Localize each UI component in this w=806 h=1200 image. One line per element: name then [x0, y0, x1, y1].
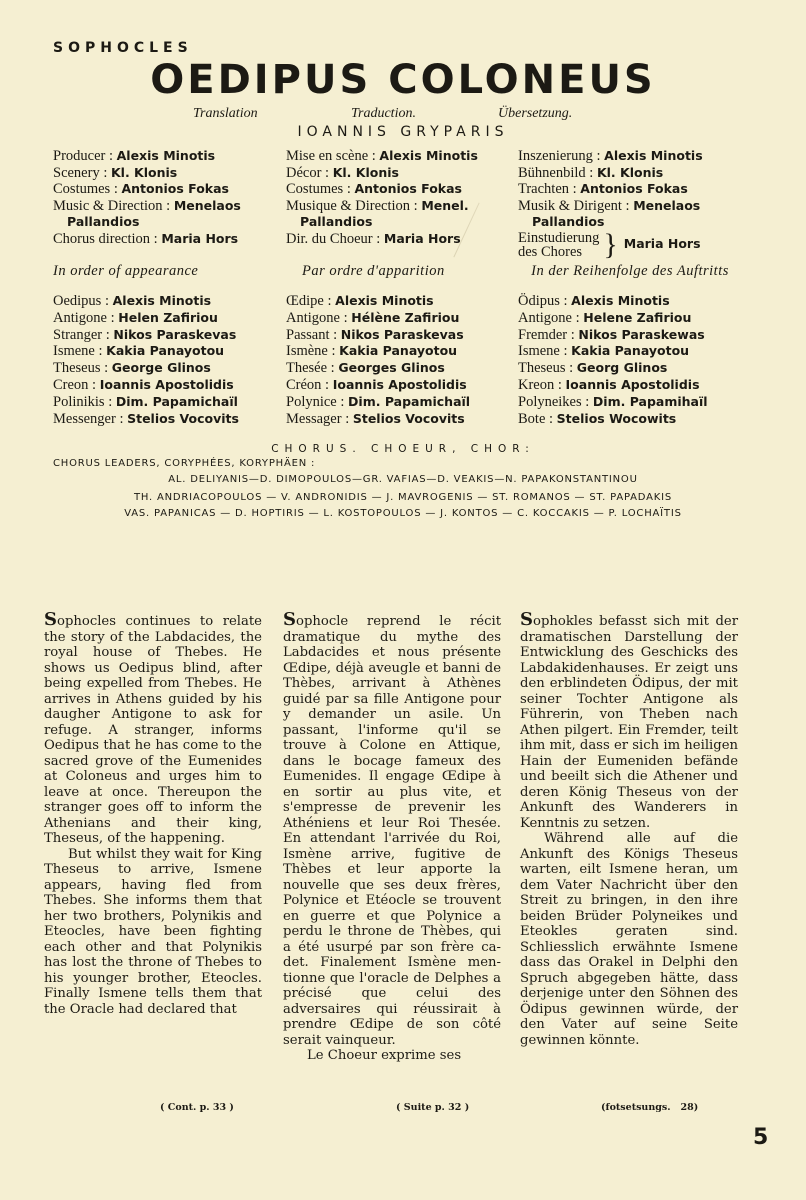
- cast-english: Oedipus : Alexis Minotis Antigone : Hele…: [53, 293, 239, 427]
- cast-row: Messager : Stelios Vocovits: [286, 411, 470, 428]
- continued-note-fr: ( Suite p. 32 ): [396, 1102, 469, 1113]
- order-heading-fr: Par ordre d'apparition: [286, 264, 502, 279]
- cast-row: Passant : Nikos Paraskevas: [286, 327, 470, 344]
- cast-row: Ismene : Kakia Panayotou: [53, 343, 239, 360]
- cast-row: Antigone : Helene Zafiriou: [518, 310, 708, 327]
- chorus-members-line-2: VAS. PAPANICAS — D. HOPTIRIS — L. KOSTOP…: [0, 508, 806, 519]
- credit-row: Scenery : Kl. Klonis: [53, 165, 241, 182]
- cast-row: Theseus : George Glinos: [53, 360, 239, 377]
- credit-row: Producer : Alexis Minotis: [53, 148, 241, 165]
- credit-row: Music & Direction : Menelaos: [53, 198, 241, 215]
- chorus-heading: CHORUS. CHOEUR, CHOR:: [0, 443, 806, 455]
- synopsis-paragraph: Le Choeur exprime ses: [283, 1048, 501, 1064]
- credit-row: Costumes : Antonios Fokas: [53, 181, 241, 198]
- cast-row: Thesée : Georges Glinos: [286, 360, 470, 377]
- curly-brace-icon: }: [603, 231, 617, 259]
- credit-row: Musique & Direction : Menel.: [286, 198, 478, 215]
- program-page: SOPHOCLES OEDIPUS COLONEUS Translation T…: [0, 0, 806, 1200]
- continued-note-en: ( Cont. p. 33 ): [160, 1102, 234, 1113]
- synopsis-french: Sophocle reprend le récit dramatique du …: [283, 612, 501, 1064]
- page-number: 5: [753, 1125, 768, 1150]
- translation-label-fr: Traduction.: [351, 106, 416, 122]
- translation-label-en: Translation: [193, 106, 258, 122]
- cast-row: Ödipus : Alexis Minotis: [518, 293, 708, 310]
- cast-row: Antigone : Hélène Zafiriou: [286, 310, 470, 327]
- translation-label-de: Übersetzung.: [498, 106, 572, 122]
- cast-row: Ismene : Kakia Panayotou: [518, 343, 708, 360]
- chorus-leaders-label: CHORUS LEADERS, CORYPHÉES, KORYPHÄEN :: [53, 458, 315, 469]
- credit-row: Bühnenbild : Kl. Klonis: [518, 165, 703, 182]
- credits-english: Producer : Alexis Minotis Scenery : Kl. …: [53, 148, 241, 247]
- credit-row: Inszenierung : Alexis Minotis: [518, 148, 703, 165]
- synopsis-german: Sophokles befasst sich mit der dramatisc…: [520, 612, 738, 1048]
- credit-continuation: Pallandios: [53, 214, 241, 231]
- drop-cap: S: [44, 609, 57, 630]
- play-title: OEDIPUS COLONEUS: [0, 56, 806, 104]
- drop-cap: S: [283, 609, 296, 630]
- cast-row: Polinikis : Dim. Papamichaïl: [53, 394, 239, 411]
- cast-row: Kreon : Ioannis Apostolidis: [518, 377, 708, 394]
- order-heading-en: In order of appearance: [53, 264, 243, 279]
- credits-french: Mise en scène : Alexis Minotis Décor : K…: [286, 148, 478, 247]
- translator-name: IOANNIS GRYPARIS: [0, 124, 806, 140]
- brace-label-stack: Einstudierung des Chores: [518, 231, 599, 259]
- synopsis-paragraph: Sophokles befasst sich mit der dramatisc…: [520, 612, 738, 831]
- cast-german: Ödipus : Alexis Minotis Antigone : Helen…: [518, 293, 708, 427]
- cast-row: Creon : Ioannis Apostolidis: [53, 377, 239, 394]
- credit-row-braced: Einstudierung des Chores } Maria Hors: [518, 231, 703, 259]
- credit-row: Chorus direction : Maria Hors: [53, 231, 241, 248]
- credit-row: Musik & Dirigent : Menelaos: [518, 198, 703, 215]
- credit-row: Costumes : Antonios Fokas: [286, 181, 478, 198]
- synopsis-paragraph: But whilst they wait for King Theseus to…: [44, 847, 262, 1018]
- cast-row: Stranger : Nikos Paraskevas: [53, 327, 239, 344]
- cast-row: Créon : Ioannis Apostolidis: [286, 377, 470, 394]
- cast-row: Polyneikes : Dim. Papamihaïl: [518, 394, 708, 411]
- credits-german: Inszenierung : Alexis Minotis Bühnenbild…: [518, 148, 703, 259]
- credit-continuation: Pallandios: [286, 214, 478, 231]
- author-name: SOPHOCLES: [53, 40, 193, 56]
- cast-row: Oedipus : Alexis Minotis: [53, 293, 239, 310]
- credit-row: Décor : Kl. Klonis: [286, 165, 478, 182]
- credit-row: Dir. du Choeur : Maria Hors: [286, 231, 478, 248]
- cast-row: Theseus : Georg Glinos: [518, 360, 708, 377]
- cast-row: Bote : Stelios Wocowits: [518, 411, 708, 428]
- credit-row: Trachten : Antonios Fokas: [518, 181, 703, 198]
- cast-french: Œdipe : Alexis Minotis Antigone : Hélène…: [286, 293, 470, 427]
- order-heading-de: In der Reihenfolge des Auftritts: [530, 264, 730, 279]
- drop-cap: S: [520, 609, 533, 630]
- continued-note-de: (fotsetsungs. 28): [601, 1102, 698, 1113]
- cast-row: Œdipe : Alexis Minotis: [286, 293, 470, 310]
- chorus-leaders-names: AL. DELIYANIS—D. DIMOPOULOS—GR. VAFIAS—D…: [0, 474, 806, 485]
- cast-row: Messenger : Stelios Vocovits: [53, 411, 239, 428]
- synopsis-english: Sophocles continues to re­late the story…: [44, 612, 262, 1017]
- synopsis-paragraph: Während alle auf die Ankunft des Königs …: [520, 831, 738, 1048]
- chorus-members-line-1: TH. ANDRIACOPOULOS — V. ANDRONIDIS — J. …: [0, 492, 806, 503]
- cast-row: Ismène : Kakia Panayotou: [286, 343, 470, 360]
- cast-row: Polynice : Dim. Papamichaïl: [286, 394, 470, 411]
- cast-row: Antigone : Helen Zafiriou: [53, 310, 239, 327]
- synopsis-paragraph: Sophocles continues to re­late the story…: [44, 612, 262, 847]
- cast-row: Fremder : Nikos Paraskewas: [518, 327, 708, 344]
- credit-row: Mise en scène : Alexis Minotis: [286, 148, 478, 165]
- synopsis-paragraph: Sophocle reprend le récit dramatique du …: [283, 612, 501, 1048]
